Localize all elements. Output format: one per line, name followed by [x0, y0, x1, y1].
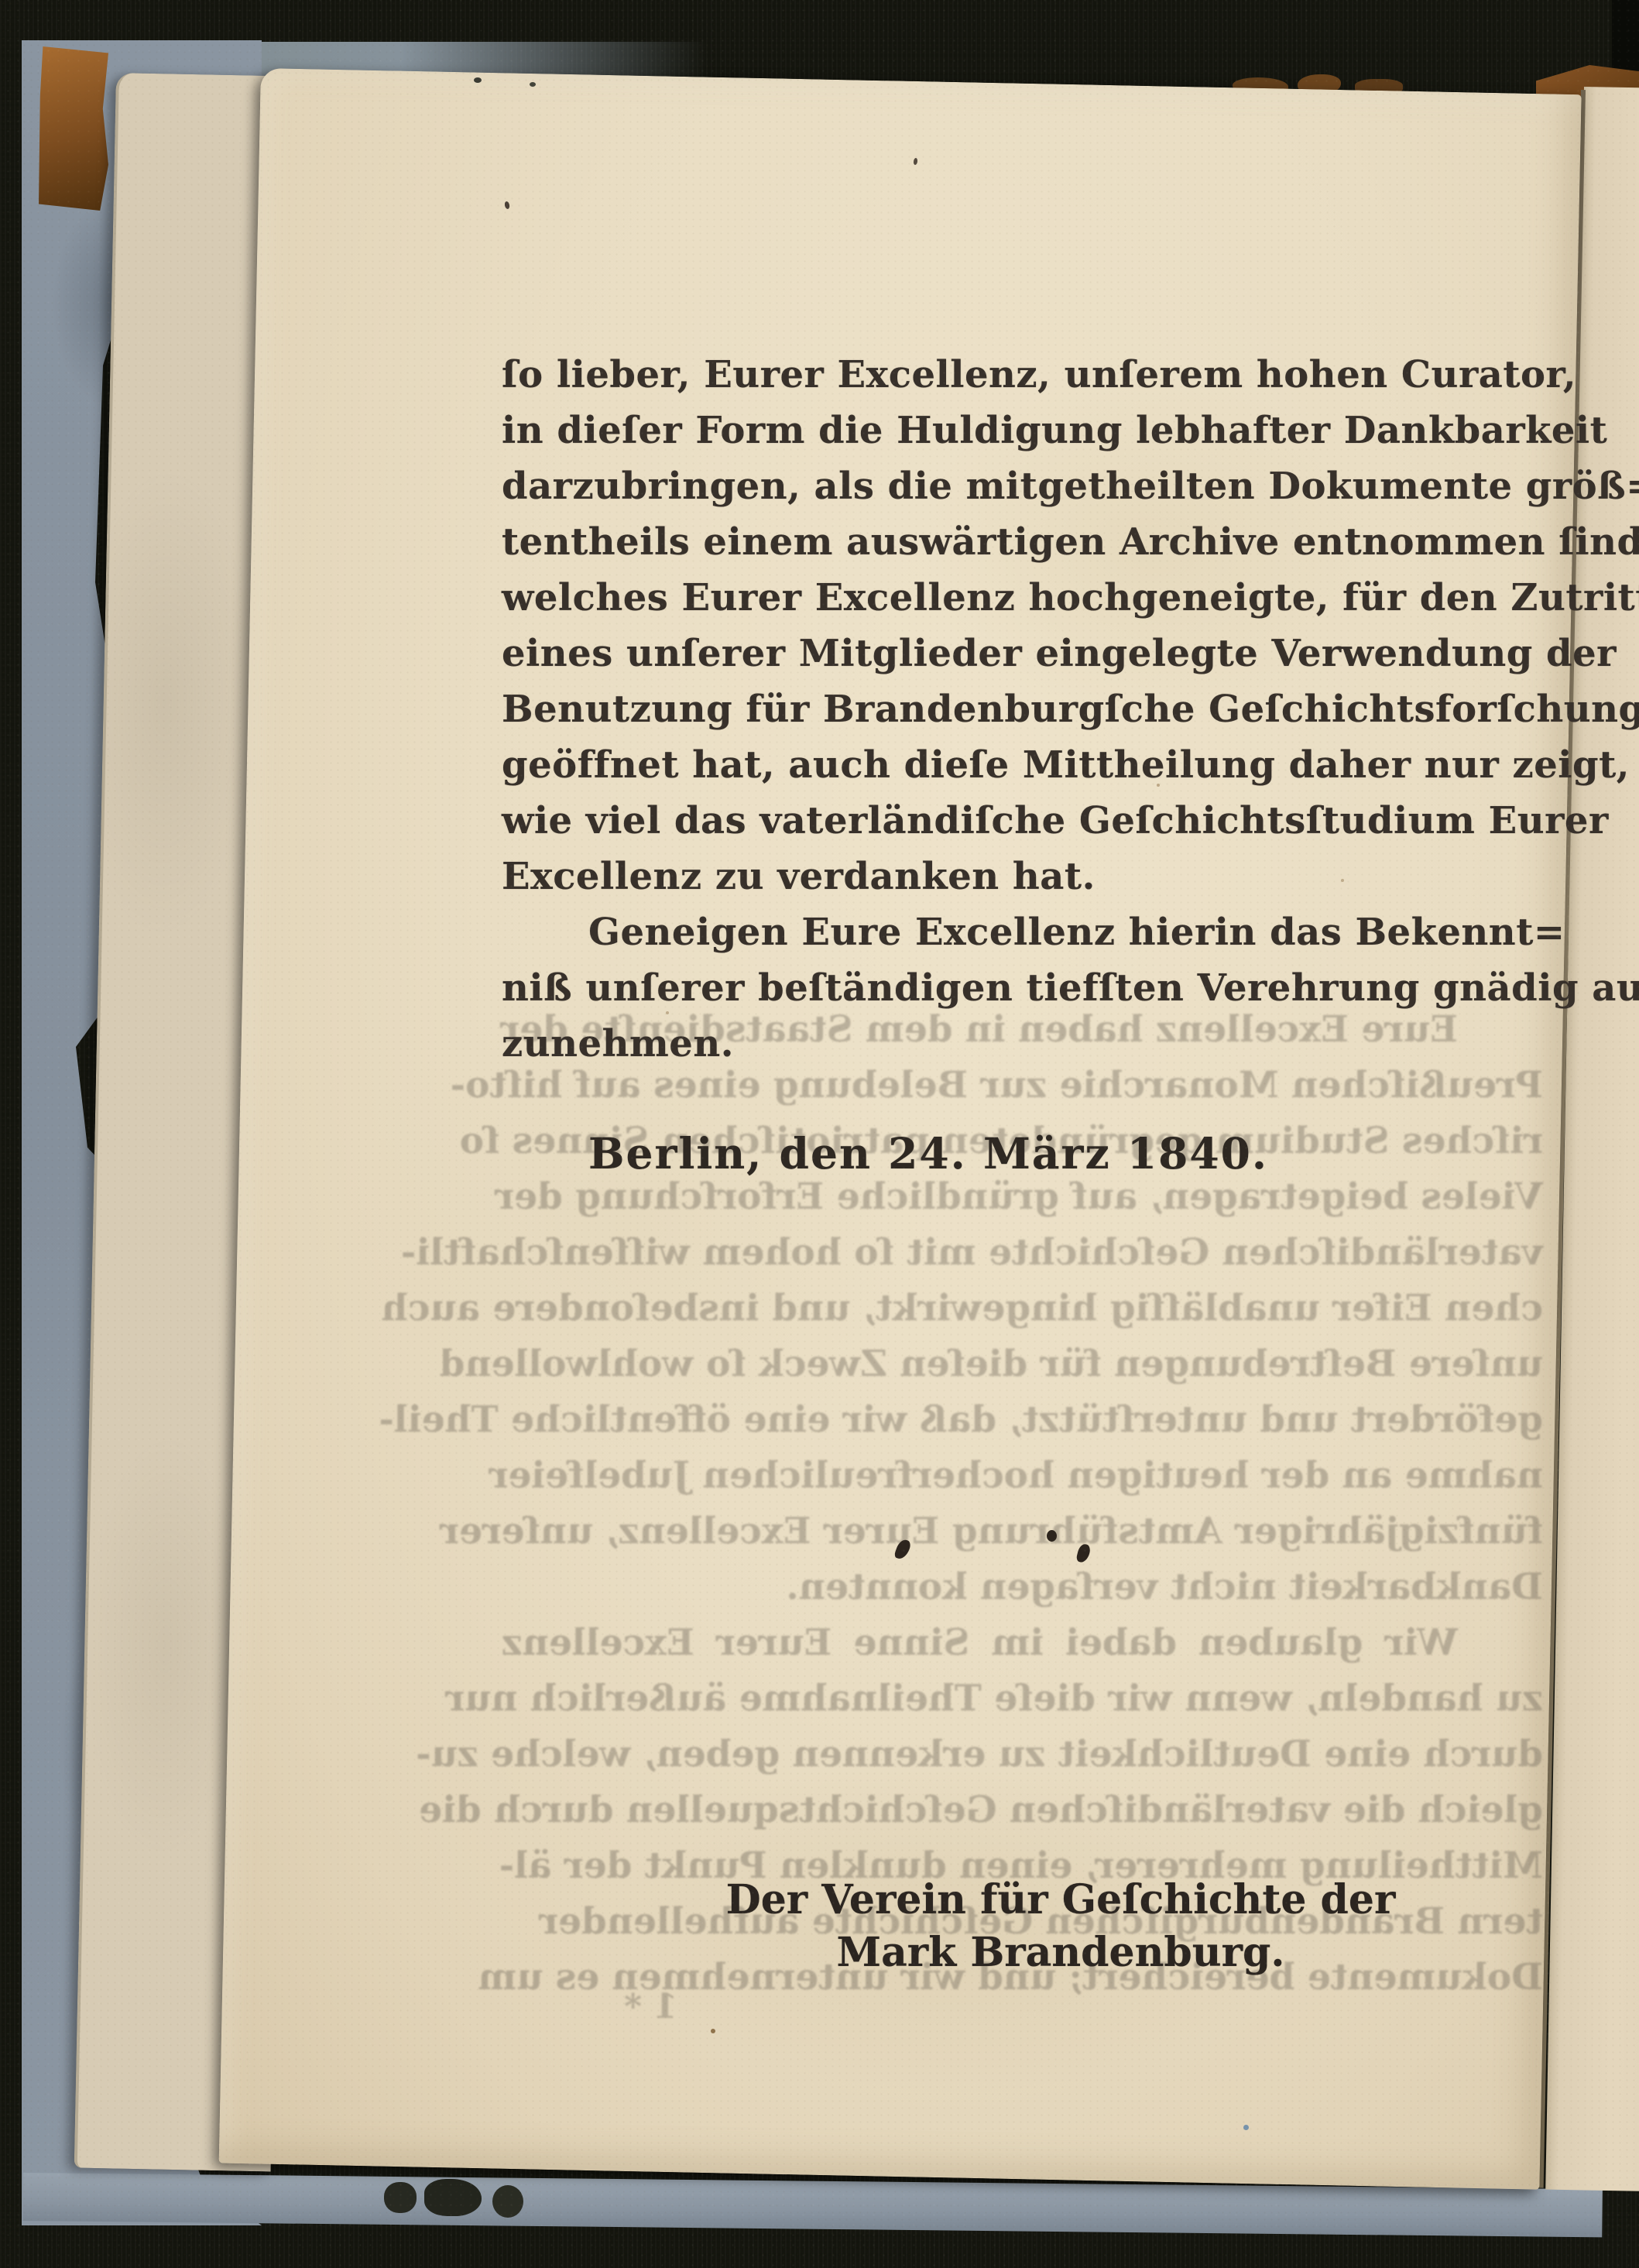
bleedthrough-line: durch eine Deutlichkeit zu erkennen gebe… — [502, 1727, 1543, 1782]
paper-speck — [504, 201, 510, 209]
paper-speck — [913, 158, 917, 166]
signature-line: Der Verein für Geſchichte der — [526, 1874, 1595, 1927]
signature-line: Mark Brandenburg. — [526, 1927, 1595, 1979]
paper-speck — [1157, 784, 1160, 787]
bleedthrough-line: vaterländiſchen Geſchichte mit ſo hohem … — [502, 1225, 1543, 1281]
text-line: geöffnet hat, auch dieſe Mittheilung dah… — [502, 737, 1543, 793]
bleedthrough-line: gefördert und unterſtützt, daß wir eine … — [502, 1392, 1543, 1448]
paper-speck — [1243, 2125, 1249, 2130]
paper-speck — [711, 2029, 715, 2033]
paper-speck — [1341, 879, 1344, 882]
text-line: welches Eurer Excellenz hochgeneigte, fü… — [502, 570, 1543, 626]
text-line: ſo lieber, Eurer Excellenz, unſerem hohe… — [502, 347, 1543, 403]
dateline: Berlin, den 24. März 1840. — [502, 1124, 1543, 1183]
bleedthrough-signature-mark: 1 * — [569, 1987, 677, 2026]
text-line: Geneigen Eure Excellenz hierin das Beken… — [502, 904, 1543, 960]
text-line: darzubringen, als die mitgetheilten Doku… — [502, 458, 1543, 514]
bleedthrough-line: unſere Beſtrebungen für dieſen Zweck ſo … — [502, 1336, 1543, 1392]
signature-block: Der Verein für Geſchichte derMark Brande… — [526, 1874, 1595, 1979]
bleedthrough-line: chen Eifer unabläſſig hingewirkt, und in… — [502, 1281, 1543, 1336]
bleedthrough-line: nahme an der heutigen hocherfreulichen J… — [502, 1448, 1543, 1504]
paper-speck — [530, 82, 536, 87]
paper-speck — [474, 77, 482, 83]
text-line: eines unſerer Mitglieder eingelegte Verw… — [502, 626, 1543, 681]
text-line: wie viel das vaterländiſche Geſchichtsſt… — [502, 793, 1543, 849]
text-line: tentheils einem auswärtigen Archive entn… — [502, 514, 1543, 570]
paper-speck — [666, 1011, 669, 1014]
bleedthrough-line: fünfzigjähriger Amtsführung Eurer Excell… — [502, 1504, 1543, 1559]
bleedthrough-line: Wir glauben dabei im Sinne Eurer Excelle… — [502, 1615, 1543, 1671]
text-line: niß unſerer beſtändigen tiefſten Verehru… — [502, 960, 1543, 1016]
text-line: Excellenz zu verdanken hat. — [502, 849, 1543, 904]
page-content: Eure Excellenz haben in dem Staatsdienſt… — [0, 0, 1639, 2268]
text-line: in dieſer Form die Huldigung lebhafter D… — [502, 403, 1543, 458]
text-line: Benutzung für Brandenburgſche Geſchichts… — [502, 681, 1543, 737]
book-scan: Eure Excellenz haben in dem Staatsdienſt… — [0, 0, 1639, 2268]
bleedthrough-line: zu handeln, wenn wir dieſe Theilnahme äu… — [502, 1671, 1543, 1727]
text-line: zunehmen. — [502, 1016, 1543, 1072]
bleedthrough-line: gleich die vaterländiſchen Geſchichtsque… — [502, 1782, 1543, 1838]
ink-blot — [1047, 1530, 1057, 1542]
body-text: ſo lieber, Eurer Excellenz, unſerem hohe… — [502, 347, 1543, 1072]
bleedthrough-line: Dankbarkeit nicht verſagen konnten. — [502, 1559, 1543, 1615]
